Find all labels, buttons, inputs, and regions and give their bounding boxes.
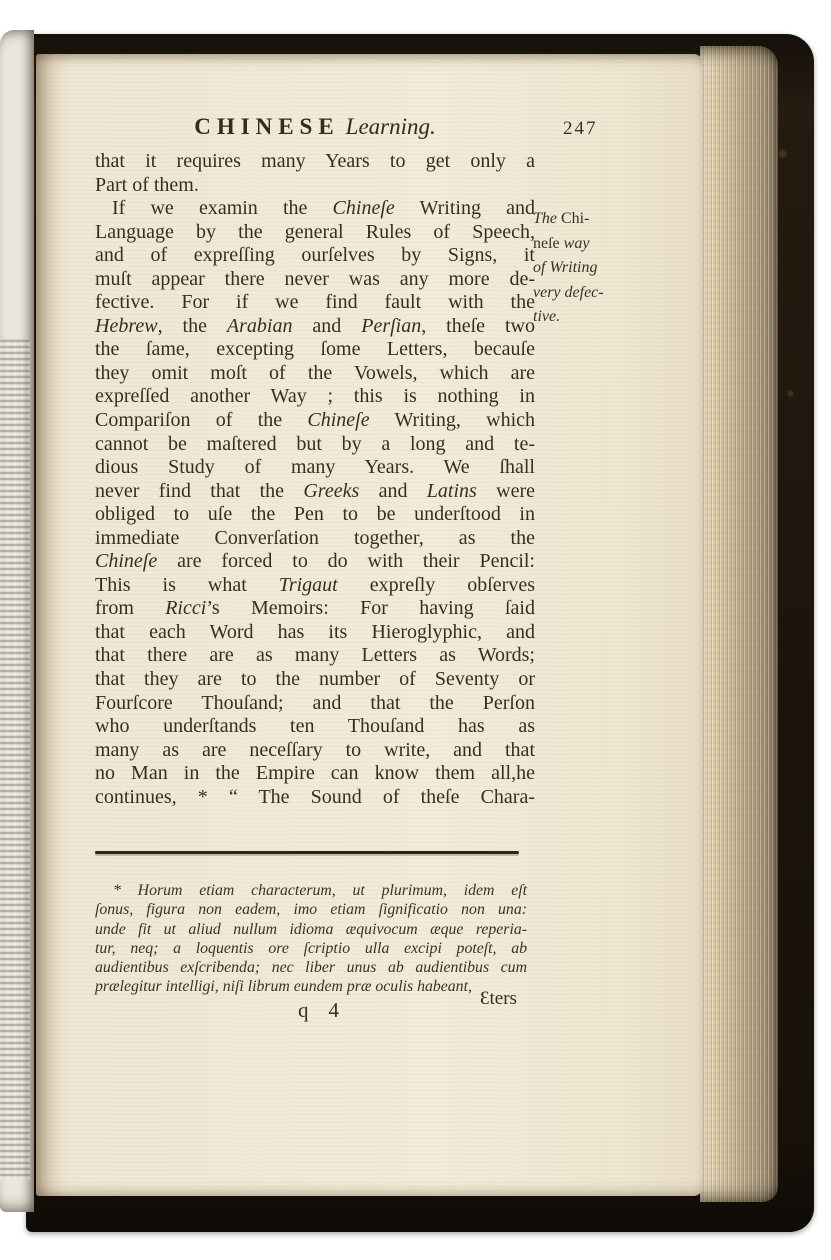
text-line: The Chi- [533, 207, 658, 232]
text-line: expreſſed another Way ; this is nothing … [95, 385, 535, 409]
book-photograph: CHINESELearning. 247 The Chi-neſe wayof … [0, 0, 831, 1260]
catchword: Ɛters [480, 988, 517, 1010]
text-line: and of expreſſing ourſelves by Signs, it [95, 244, 535, 268]
text-line: no Man in the Empire can know them all,h… [95, 762, 535, 786]
text-line: that it requires many Years to get only … [95, 150, 535, 174]
text-line: that each Word has its Hieroglyphic, and [95, 621, 535, 645]
text-line: Part of them. [95, 174, 535, 198]
text-line: that they are to the number of Seventy o… [95, 668, 535, 692]
text-line: they omit moſt of the Vowels, which are [95, 362, 535, 386]
page-number: 247 [563, 118, 598, 140]
text-line: Language by the general Rules of Speech, [95, 221, 535, 245]
running-header: CHINESELearning. [95, 114, 535, 140]
left-page-blurred-text [0, 340, 30, 1180]
text-line: If we examin the Chineſe Writing and [95, 197, 535, 221]
text-line: Compariſon of the Chineſe Writing, which [95, 409, 535, 433]
margin-note: The Chi-neſe wayof Writingvery defec-tiv… [533, 207, 658, 330]
text-line: who underſtands ten Thouſand has as [95, 715, 535, 739]
header-title-caps: CHINESE [194, 114, 339, 139]
text-line: prælegitur intelligi, niſi librum eundem… [95, 977, 527, 996]
text-line: very defec- [533, 281, 658, 306]
text-line: of Writing [533, 256, 658, 281]
fore-edge-pages [700, 46, 778, 1202]
text-line: from Ricci’s Memoirs: For having ſaid [95, 597, 535, 621]
text-line: Fourſcore Thouſand; and that the Perſon [95, 692, 535, 716]
header-title-italic: Learning. [346, 114, 436, 139]
text-line: audientibus exſcribenda; nec liber unus … [95, 958, 527, 977]
footnote-rule [95, 851, 519, 854]
text-line: immediate Converſation together, as the [95, 527, 535, 551]
text-line: unde fit ut aliud nullum idioma æquivocu… [95, 920, 527, 939]
text-line: many as are neceſſary to write, and that [95, 739, 535, 763]
text-line: dious Study of many Years. We ſhall [95, 456, 535, 480]
text-line: the ſame, excepting ſome Letters, becauſ… [95, 338, 535, 362]
text-line: neſe way [533, 232, 658, 257]
text-line: continues, * “ The Sound of theſe Chara- [95, 786, 535, 810]
text-line: ſonus, figura non eadem, imo etiam ſigni… [95, 900, 527, 919]
text-line: never find that the Greeks and Latins we… [95, 480, 535, 504]
text-line: tur, neq; a loquentis ore ſcriptio ulla … [95, 939, 527, 958]
text-line: that there are as many Letters as Words; [95, 644, 535, 668]
body-text: that it requires many Years to get only … [95, 150, 535, 809]
signature-mark: q 4 [298, 998, 346, 1023]
text-line: obliged to uſe the Pen to be underſtood … [95, 503, 535, 527]
text-line: This is what Trigaut expreſly obſerves [95, 574, 535, 598]
text-line: cannot be maſtered but by a long and te- [95, 433, 535, 457]
text-line: Chineſe are forced to do with their Penc… [95, 550, 535, 574]
text-line: tive. [533, 305, 658, 330]
book-page: CHINESELearning. 247 The Chi-neſe wayof … [36, 54, 702, 1196]
text-line: fective. For if we find fault with the [95, 291, 535, 315]
text-line: Hebrew, the Arabian and Perſian, theſe t… [95, 315, 535, 339]
left-page-edge [0, 30, 34, 1212]
text-line: muſt appear there never was any more de- [95, 268, 535, 292]
text-line: * Horum etiam characterum, ut plurimum, … [95, 881, 527, 900]
footnote: * Horum etiam characterum, ut plurimum, … [95, 881, 527, 997]
